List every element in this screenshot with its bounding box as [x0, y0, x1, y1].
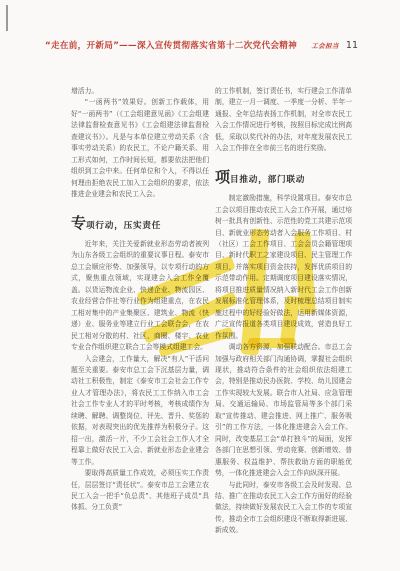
body-paragraph: 的工作机制，签订责任书，实行建会工作清单制，建立一月一调度、一季度一分析、半年一…: [215, 86, 352, 155]
section-heading-label: 项行动，压实责任: [86, 221, 161, 232]
section-heading-dropcap: 专: [71, 216, 86, 231]
body-paragraph: 调动各方资源，加强联动配合。市总工会加强与政府相关部门沟通协调，掌握社会组织现状…: [215, 342, 352, 479]
magazine-page: “走在前，开新局”——深入宣传贯彻落实省第十二次党代会精神 工会担当 11 增活…: [0, 0, 400, 571]
left-column: 增活力。“一函两书”效果好。创新工作载体，用好“一函两书”（《工会组建意见函》《…: [71, 86, 209, 554]
body-paragraph: 制定激励措施，科学设置项目。泰安市总工会以项目推动农民工入会工作开展，通过培树一…: [215, 193, 352, 342]
scan-artifact-mark: [6, 5, 8, 31]
page-header: “走在前，开新局”——深入宣传贯彻落实省第十二次党代会精神 工会担当 11: [45, 39, 358, 51]
body-paragraph: 与此同时，泰安市各级工会及时发现、总结、推广在推动农民工入会工作方面好的经验做法…: [215, 480, 352, 537]
section-heading: 专项行动，压实责任: [71, 216, 209, 232]
page-number: 11: [346, 40, 358, 51]
magazine-logo: 工会担当: [311, 41, 339, 50]
body-paragraph: 入会建会，工作量大，解决“有人”干活问题至关重要。泰安市总工会下沉基层力量，调动…: [71, 354, 209, 469]
body-paragraph: 要取得高质量工作成效，必须压实工作责任，层层签订“责任状”。泰安市总工会建立农民…: [71, 468, 209, 514]
section-heading-dropcap: 项: [215, 170, 230, 185]
body-columns: 增活力。“一函两书”效果好。创新工作载体，用好“一函两书”（《工会组建意见函》《…: [71, 86, 352, 554]
running-head-title: “走在前，开新局”——深入宣传贯彻落实省第十二次党代会精神: [45, 39, 297, 51]
section-heading: 项目推动，部门联动: [215, 170, 352, 186]
body-paragraph: 增活力。: [71, 86, 209, 97]
right-column: 的工作机制，签订责任书，实行建会工作清单制，建立一月一调度、一季度一分析、半年一…: [215, 86, 352, 554]
section-heading-label: 目推动，部门联动: [230, 175, 305, 186]
header-right-group: 工会担当 11: [311, 40, 358, 51]
body-paragraph: 近年来，关注关爱新就业形态劳动者被列为山东各级工会组织的重要议事日程。泰安市总工…: [71, 239, 209, 354]
body-paragraph: “一函两书”效果好。创新工作载体，用好“一函两书”（《工会组建意见函》《工会组建…: [71, 97, 209, 200]
